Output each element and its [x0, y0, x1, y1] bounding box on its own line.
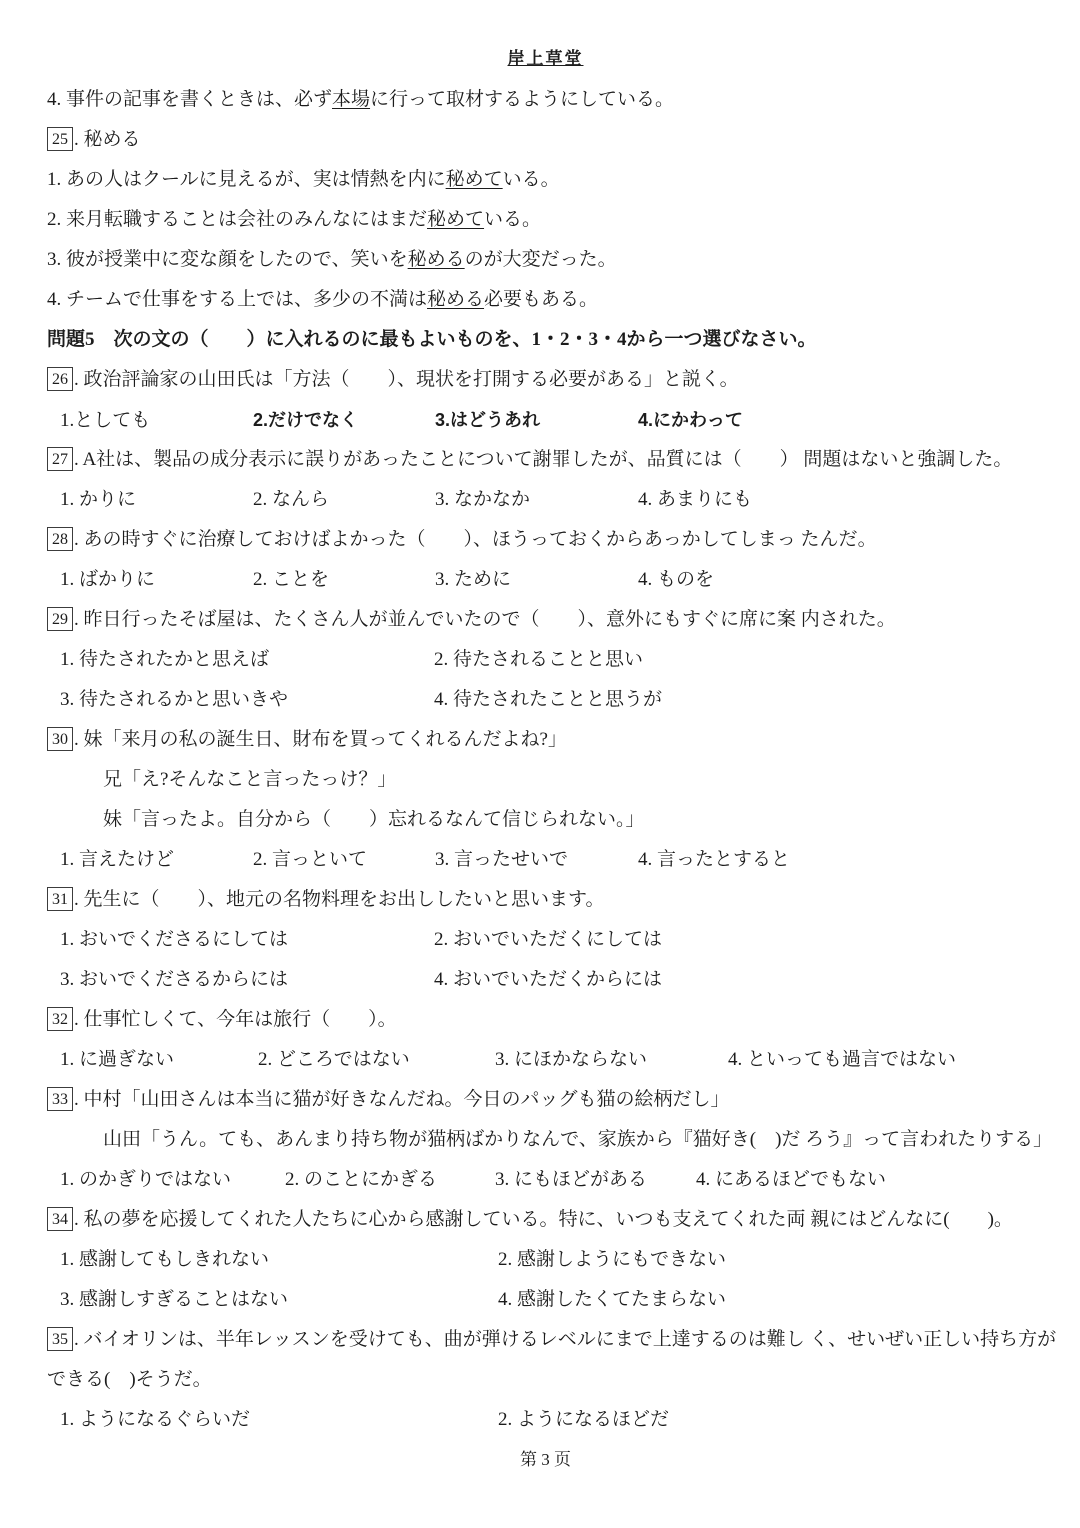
question-29-stem: 29. 昨日行ったそば屋は、たくさん人が並んでいたので（ ）、意外にもすぐに席に…: [47, 600, 1044, 640]
question-31-options-row-2: 3. おいでくださるからには4. おいでいただくからには: [47, 960, 1044, 1000]
q32-option-4: 4. といっても過言ではない: [728, 1049, 956, 1070]
question-28-stem: 28. あの時すぐに治療しておけばよかった（ ）、ほうっておくからあっかしてしま…: [47, 520, 1044, 560]
q34-option-2: 2. 感謝しようにもできない: [498, 1249, 726, 1270]
q27-option-1: 1. かりに: [60, 480, 253, 520]
q30-option-2: 2. 言っといて: [253, 840, 435, 880]
page-header: 岸上草堂: [47, 0, 1044, 72]
q34-option-3: 3. 感謝しすぎることはない: [60, 1280, 498, 1320]
q29-option-4: 4. 待たされたことと思うが: [434, 689, 662, 710]
q31-option-2: 2. おいでいただくにしては: [434, 929, 662, 950]
question-29-number-box: 29: [47, 607, 73, 631]
q29-option-2: 2. 待たされることと思い: [434, 649, 643, 670]
page-header-title: 岸上草堂: [508, 49, 584, 68]
question-35-stem-line-1: 35. バイオリンは、半年レッスンを受けても、曲が弾けるレベルにまで上達するのは…: [47, 1320, 1044, 1360]
question-28-number-box: 28: [47, 527, 73, 551]
q25-option-3: 3. 彼が授業中に変な顔をしたので、笑いを秘めるのが大変だった。: [47, 240, 1044, 280]
q28-option-1: 1. ばかりに: [60, 560, 253, 600]
question-29-options-row-1: 1. 待たされたかと思えば2. 待たされることと思い: [47, 640, 1044, 680]
question-27-stem: 27. A社は、製品の成分表示に誤りがあったことについて謝罪したが、品質には（ …: [47, 440, 1044, 480]
q33-option-4: 4. にあるほどでもない: [696, 1169, 886, 1190]
q34-option-4: 4. 感謝したくてたまらない: [498, 1289, 726, 1310]
q26-option-3: 3.はどうあれ: [435, 400, 638, 440]
q25-option-2: 2. 来月転職することは会社のみんなにはまだ秘めている。: [47, 200, 1044, 240]
question-27-options: 1. かりに2. なんら3. なかなか4. あまりにも: [47, 480, 1044, 520]
q27-option-2: 2. なんら: [253, 480, 435, 520]
q33-option-3: 3. にもほどがある: [495, 1160, 696, 1200]
q32-option-2: 2. どころではない: [258, 1040, 495, 1080]
question-35-stem-line-2: できる( )そうだ。: [47, 1360, 1044, 1400]
question-25-word: 秘める: [84, 129, 141, 150]
q31-option-4: 4. おいでいただくからには: [434, 969, 662, 990]
question-32-options: 1. に過ぎない2. どころではない3. にほかならない4. といっても過言では…: [47, 1040, 1044, 1080]
question-31-number-box: 31: [47, 887, 73, 911]
q34-option-1: 1. 感謝してもしきれない: [60, 1240, 498, 1280]
q33-option-1: 1. のかぎりではない: [60, 1160, 285, 1200]
q28-option-3: 3. ために: [435, 560, 638, 600]
q25-option-1: 1. あの人はクールに見えるが、実は情熱を内に秘めている。: [47, 160, 1044, 200]
underlined-term: 秘めて: [427, 209, 484, 230]
section-5-heading: 問題5 次の文の（ ）に入れるのに最もよいものを、1・2・3・4から一つ選びなさ…: [47, 320, 1044, 360]
underlined-term: 秘める: [408, 249, 465, 270]
q32-option-3: 3. にほかならない: [495, 1040, 728, 1080]
question-33-stem-line-1: 33. 中村「山田さんは本当に猫が好きなんだね。今日のパッグも猫の絵柄だし」: [47, 1080, 1044, 1120]
question-35-options: 1. ようになるぐらいだ2. ようになるほどだ: [47, 1400, 1044, 1440]
question-25-title: 25. 秘める: [47, 120, 1044, 160]
question-30-number-box: 30: [47, 727, 73, 751]
q28-option-4: 4. ものを: [638, 569, 714, 590]
question-26-stem: 26. 政治評論家の山田氏は「方法（ ）、現状を打開する必要がある」と説く。: [47, 360, 1044, 400]
question-33-stem-line-2: 山田「うん。ても、あんまり持ち物が猫柄ばかりなんで、家族から『猫好き( )だ ろ…: [47, 1120, 1044, 1160]
q26-option-4: 4.にかわって: [638, 410, 743, 430]
q31-option-1: 1. おいでくださるにしては: [60, 920, 434, 960]
question-28-options: 1. ばかりに2. ことを3. ために4. ものを: [47, 560, 1044, 600]
question-30-stem-line-2: 兄「え?そんなこと言ったっけ？」: [47, 760, 1044, 800]
question-30-options: 1. 言えたけど2. 言っといて3. 言ったせいで4. 言ったとすると: [47, 840, 1044, 880]
q24-option-4: 4. 事件の記事を書くときは、必ず本場に行って取材するようにしている。: [47, 80, 1044, 120]
q28-option-2: 2. ことを: [253, 560, 435, 600]
q27-option-3: 3. なかなか: [435, 480, 638, 520]
underlined-term: 秘めて: [446, 169, 503, 190]
question-32-stem: 32. 仕事忙しくて、今年は旅行（ ）。: [47, 1000, 1044, 1040]
underlined-term: 秘める: [427, 289, 484, 310]
question-30-stem-line-3: 妹「言ったよ。自分から（ ）忘れるなんて信じられない。」: [47, 800, 1044, 840]
question-34-options-row-2: 3. 感謝しすぎることはない4. 感謝したくてたまらない: [47, 1280, 1044, 1320]
question-33-options: 1. のかぎりではない2. のことにかぎる3. にもほどがある4. にあるほどで…: [47, 1160, 1044, 1200]
q33-option-2: 2. のことにかぎる: [285, 1160, 495, 1200]
question-29-options-row-2: 3. 待たされるかと思いきや4. 待たされたことと思うが: [47, 680, 1044, 720]
document-page: 岸上草堂 4. 事件の記事を書くときは、必ず本場に行って取材するようにしている。…: [0, 0, 1080, 1528]
q30-option-4: 4. 言ったとすると: [638, 849, 790, 870]
q29-option-1: 1. 待たされたかと思えば: [60, 640, 434, 680]
question-27-number-box: 27: [47, 447, 73, 471]
q32-option-1: 1. に過ぎない: [60, 1040, 258, 1080]
question-26-number-box: 26: [47, 367, 73, 391]
q35-option-2: 2. ようになるほどだ: [498, 1409, 669, 1430]
q26-option-2: 2.だけでなく: [253, 400, 435, 440]
question-25-number-box: 25: [47, 127, 73, 151]
q27-option-4: 4. あまりにも: [638, 489, 752, 510]
page-number: 第 3 页: [47, 1440, 1044, 1480]
q31-option-3: 3. おいでくださるからには: [60, 960, 434, 1000]
question-31-options-row-1: 1. おいでくださるにしては2. おいでいただくにしては: [47, 920, 1044, 960]
q30-option-1: 1. 言えたけど: [60, 840, 253, 880]
question-32-number-box: 32: [47, 1007, 73, 1031]
question-30-stem-line-1: 30. 妹「来月の私の誕生日、財布を買ってくれるんだよね?」: [47, 720, 1044, 760]
question-31-stem: 31. 先生に（ ）、地元の名物料理をお出ししたいと思います。: [47, 880, 1044, 920]
q35-option-1: 1. ようになるぐらいだ: [60, 1400, 498, 1440]
question-34-number-box: 34: [47, 1207, 73, 1231]
q30-option-3: 3. 言ったせいで: [435, 840, 638, 880]
question-34-options-row-1: 1. 感謝してもしきれない2. 感謝しようにもできない: [47, 1240, 1044, 1280]
q29-option-3: 3. 待たされるかと思いきや: [60, 680, 434, 720]
question-35-number-box: 35: [47, 1327, 73, 1351]
q25-option-4: 4. チームで仕事をする上では、多少の不満は秘める必要もある。: [47, 280, 1044, 320]
question-34-stem: 34. 私の夢を応援してくれた人たちに心から感謝している。特に、いつも支えてくれ…: [47, 1200, 1044, 1240]
question-26-options: 1.としても2.だけでなく3.はどうあれ4.にかわって: [47, 400, 1044, 440]
question-33-number-box: 33: [47, 1087, 73, 1111]
q26-option-1: 1.としても: [60, 401, 253, 441]
underlined-term: 本場: [332, 89, 370, 110]
